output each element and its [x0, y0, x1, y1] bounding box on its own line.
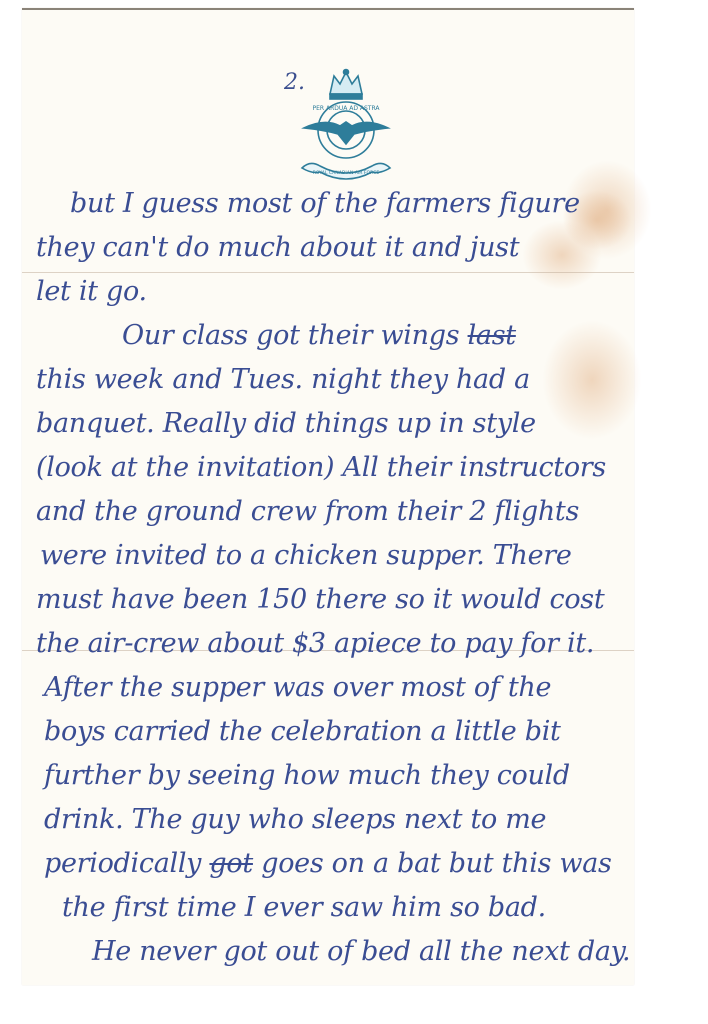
fold-line: [22, 272, 634, 273]
handwritten-line: boys carried the celebration a little bi…: [44, 716, 561, 747]
line-text: Our class got their wings: [122, 320, 459, 351]
handwritten-line: the air-crew about $3 apiece to pay for …: [36, 628, 594, 659]
line-text: but I guess most of the farmers figure: [70, 188, 580, 219]
handwritten-line: and the ground crew from their 2 flights: [36, 496, 579, 527]
line-text: must have been 150 there so it would cos…: [36, 584, 604, 615]
line-text: banquet. Really did things up in style: [36, 408, 536, 439]
handwritten-line: drink. The guy who sleeps next to me: [44, 804, 546, 835]
handwritten-line: they can't do much about it and just: [36, 232, 519, 263]
line-text: He never got out of bed all the next day…: [92, 936, 630, 967]
handwritten-line: He never got out of bed all the next day…: [92, 936, 630, 967]
line-text: periodically: [44, 848, 201, 879]
line-text: boys carried the celebration a little bi…: [44, 716, 561, 747]
handwritten-line: but I guess most of the farmers figure: [70, 188, 580, 219]
handwritten-line: (look at the invitation) All their instr…: [36, 452, 606, 483]
svg-text:PER ARDUA AD ASTRA: PER ARDUA AD ASTRA: [312, 105, 380, 112]
line-text: this week and Tues. night they had a: [36, 364, 530, 395]
line-text: goes on a bat but this was: [261, 848, 611, 879]
handwritten-line: further by seeing how much they could: [44, 760, 570, 791]
crossed-out-word: last: [468, 320, 516, 351]
line-text: let it go.: [36, 276, 147, 307]
handwritten-line: periodically got goes on a bat but this …: [44, 848, 612, 879]
line-text: further by seeing how much they could: [44, 760, 570, 791]
line-text: the first time I ever saw him so bad.: [62, 892, 546, 923]
line-text: After the supper was over most of the: [44, 672, 551, 703]
handwritten-line: this week and Tues. night they had a: [36, 364, 530, 395]
handwritten-line: let it go.: [36, 276, 147, 307]
rcaf-crest-icon: PER ARDUA AD ASTRA ROYAL CANADIAN AIR FO…: [290, 68, 402, 186]
line-text: and the ground crew from their 2 flights: [36, 496, 579, 527]
letter-page: 2. PER ARDUA AD ASTRA ROYAL CANADIAN AIR…: [22, 8, 634, 985]
handwritten-line: Our class got their wings last: [122, 320, 516, 351]
line-text: drink. The guy who sleeps next to me: [44, 804, 546, 835]
water-stain: [542, 320, 642, 440]
handwritten-line: banquet. Really did things up in style: [36, 408, 536, 439]
crossed-out-word: got: [209, 848, 253, 879]
handwritten-line: the first time I ever saw him so bad.: [62, 892, 546, 923]
handwritten-line: were invited to a chicken supper. There: [40, 540, 572, 571]
handwritten-line: must have been 150 there so it would cos…: [36, 584, 604, 615]
handwritten-line: After the supper was over most of the: [44, 672, 551, 703]
line-text: they can't do much about it and just: [36, 232, 519, 263]
line-text: the air-crew about $3 apiece to pay for …: [36, 628, 594, 659]
line-text: were invited to a chicken supper. There: [40, 540, 572, 571]
line-text: (look at the invitation) All their instr…: [36, 452, 606, 483]
svg-text:ROYAL CANADIAN AIR FORCE: ROYAL CANADIAN AIR FORCE: [313, 170, 380, 176]
